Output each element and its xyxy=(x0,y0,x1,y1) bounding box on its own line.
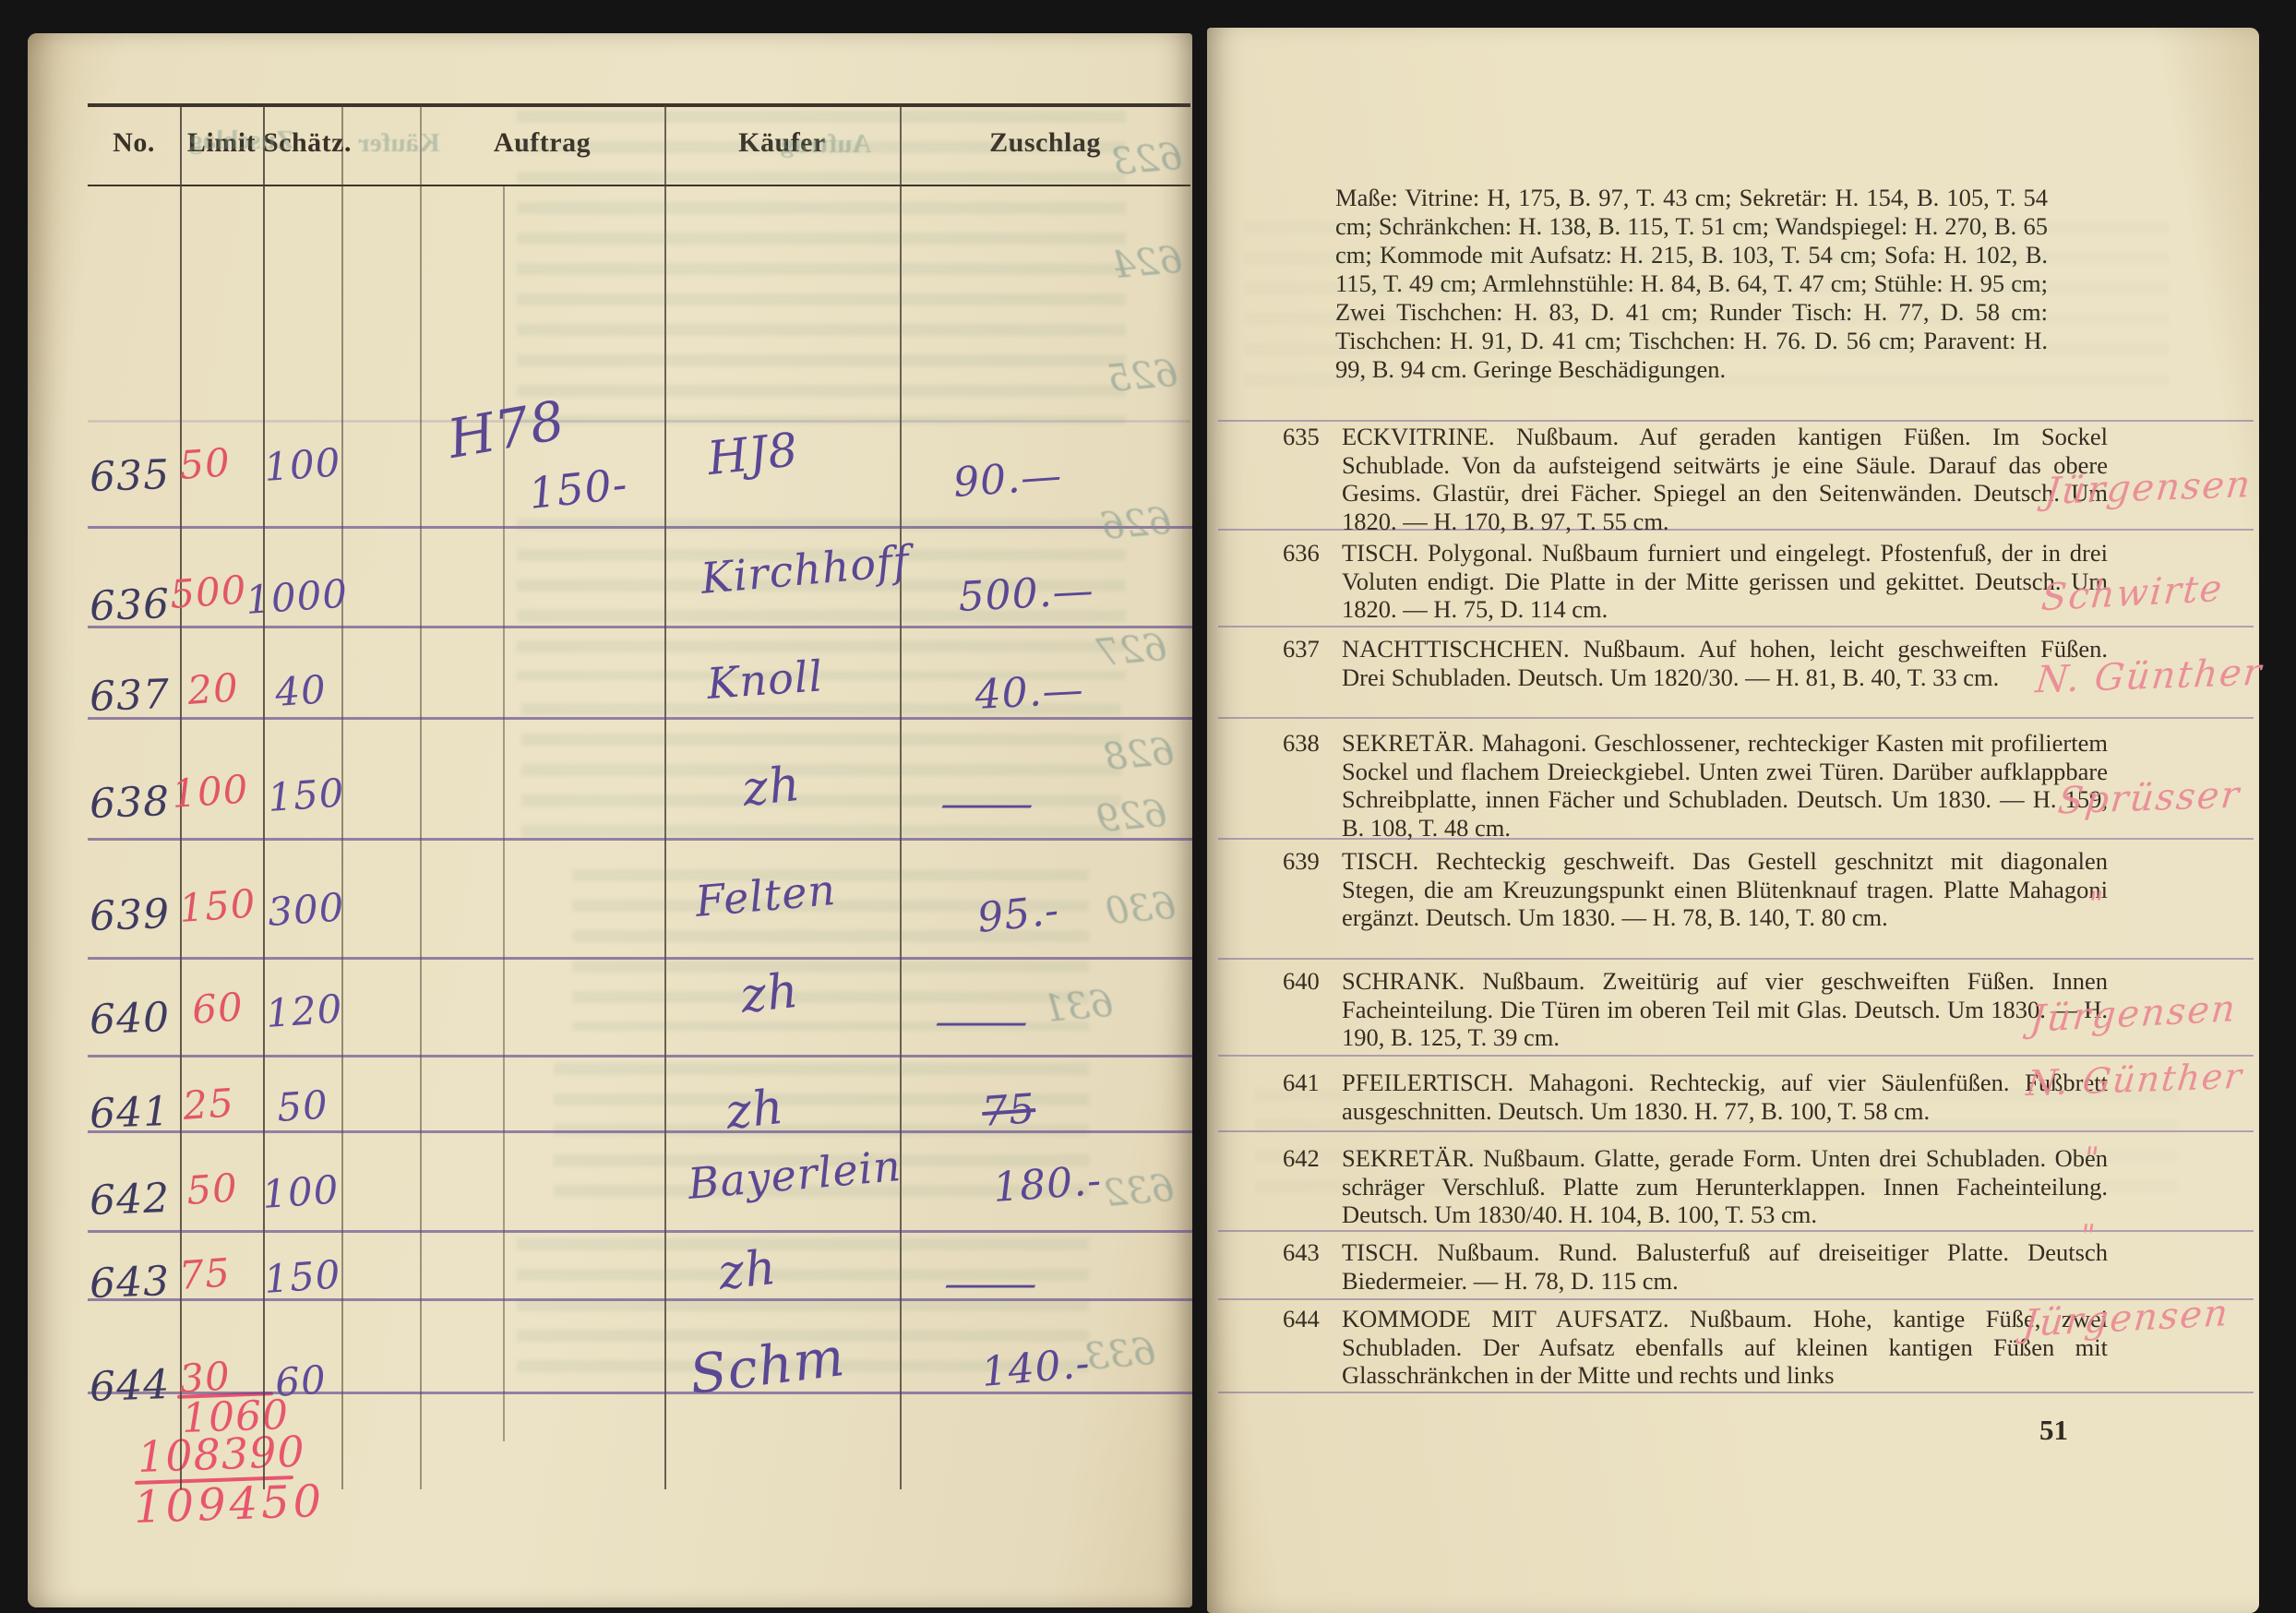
entry-description: SEKRETÄR. Mahagoni. Geschlossener, recht… xyxy=(1342,729,2108,842)
catalog-entry: 642SEKRETÄR. Nußbaum. Glatte, gerade For… xyxy=(1283,1144,2108,1229)
entry-description: NACHTTISCHCHEN. Nußbaum. Auf hohen, leic… xyxy=(1342,635,2108,691)
limit-value: 60 xyxy=(191,984,245,1033)
entry-lot-number: 637 xyxy=(1283,635,1334,663)
limit-value: 150 xyxy=(178,880,257,931)
bleedthrough-header: Zuschlag xyxy=(189,125,293,156)
row-rule-left xyxy=(88,838,1192,841)
bleedthrough-lot-number: 631 xyxy=(1041,983,1115,1031)
buyer-name: Knoll xyxy=(705,651,825,709)
hammer-price: 90.— xyxy=(951,452,1063,507)
row-rule-right xyxy=(1218,717,2254,719)
table-column-line xyxy=(420,105,422,1489)
bleedthrough-lot-number: 625 xyxy=(1106,352,1179,400)
hammer-price: — xyxy=(967,781,1009,828)
catalog-entry: 637NACHTTISCHCHEN. Nußbaum. Auf hohen, l… xyxy=(1283,635,2108,691)
entry-lot-number: 642 xyxy=(1283,1144,1334,1173)
lot-number: 635 xyxy=(89,451,171,501)
catalog-entry: 635ECKVITRINE. Nußbaum. Auf geraden kant… xyxy=(1283,423,2108,535)
totals-grand-total: 109450 xyxy=(133,1476,326,1534)
column-header-no: No. xyxy=(88,127,180,159)
bleedthrough-text-block xyxy=(517,111,1126,424)
estimate-value: 100 xyxy=(263,439,342,490)
hammer-price: 180.- xyxy=(991,1157,1103,1212)
row-rule-right xyxy=(1218,1055,2254,1057)
buyer-name: zh xyxy=(740,757,804,818)
buyer-name: HJ8 xyxy=(705,423,801,485)
entry-description: TISCH. Polygonal. Nußbaum furniert und e… xyxy=(1342,539,2108,623)
bleedthrough-lot-number: 623 xyxy=(1110,136,1184,184)
row-rule-left xyxy=(88,717,1192,720)
totals-line2: 108390 xyxy=(137,1427,305,1482)
bleedthrough-lot-number: 626 xyxy=(1099,500,1173,548)
entry-lot-number: 638 xyxy=(1283,729,1334,758)
estimate-value: 40 xyxy=(274,666,329,715)
bleedthrough-lot-number: 624 xyxy=(1110,239,1184,287)
hammer-price: 500.— xyxy=(957,567,1094,621)
limit-value: 25 xyxy=(182,1080,236,1129)
hammer-price: 140.- xyxy=(980,1340,1093,1396)
catalog-entry: 640SCHRANK. Nußbaum. Zweitürig auf vier … xyxy=(1283,967,2108,1052)
hammer-price: 40.— xyxy=(974,666,1084,719)
row-rule-left xyxy=(88,626,1192,628)
order-bid-amount: 150- xyxy=(526,459,629,519)
limit-value: 50 xyxy=(178,439,233,488)
estimate-value: 120 xyxy=(265,986,344,1036)
limit-value: 500 xyxy=(169,567,248,617)
entry-lot-number: 639 xyxy=(1283,847,1334,876)
catalog-entry: 641PFEILERTISCH. Mahagoni. Rechteckig, a… xyxy=(1283,1069,2108,1125)
entry-description: KOMMODE MIT AUFSATZ. Nußbaum. Hohe, kant… xyxy=(1342,1305,2108,1389)
lot-number: 643 xyxy=(89,1258,171,1308)
bleedthrough-header: Käufer xyxy=(358,128,440,159)
entry-description: TISCH. Nußbaum. Rund. Balusterfuß auf dr… xyxy=(1342,1238,2108,1295)
content-layer: Maße: Vitrine: H, 175, B. 97, T. 43 cm; … xyxy=(0,0,2296,1613)
catalog-entry: 644KOMMODE MIT AUFSATZ. Nußbaum. Hohe, k… xyxy=(1283,1305,2108,1390)
estimate-value: 150 xyxy=(263,1251,342,1302)
hammer-price: 95.- xyxy=(975,887,1062,942)
bleedthrough-lot-number: 627 xyxy=(1094,627,1168,675)
entry-description: SCHRANK. Nußbaum. Zweitürig auf vier ges… xyxy=(1342,967,2108,1051)
lot-number: 640 xyxy=(89,994,171,1044)
estimate-value: 300 xyxy=(267,884,346,935)
buyer-name: zh xyxy=(723,1080,787,1141)
estimate-value: 1000 xyxy=(245,570,350,623)
row-rule-faint xyxy=(88,420,1190,423)
margin-annotation: Schwirte xyxy=(2039,568,2225,620)
limit-value: 30 xyxy=(178,1353,233,1402)
row-rule-left xyxy=(88,957,1192,960)
hammer-price: — xyxy=(971,1261,1012,1308)
entry-lot-number: 640 xyxy=(1283,967,1334,996)
bleedthrough-lot-number: 628 xyxy=(1102,731,1176,779)
row-rule-right xyxy=(1218,1130,2254,1132)
lot-number: 636 xyxy=(89,580,171,630)
entry-lot-number: 641 xyxy=(1283,1069,1334,1097)
margin-annotation: N. Günther xyxy=(2025,1056,2245,1104)
entry-description: TISCH. Rechteckig geschweift. Das Gestel… xyxy=(1342,847,2108,931)
row-rule-right xyxy=(1218,626,2254,627)
row-rule-left xyxy=(88,1230,1192,1233)
row-rule-right xyxy=(1218,420,2254,422)
estimate-value: 150 xyxy=(267,770,346,820)
lot-number: 642 xyxy=(89,1175,171,1225)
entry-lot-number: 636 xyxy=(1283,539,1334,568)
lot-number: 644 xyxy=(89,1361,171,1411)
catalog-entry: 636TISCH. Polygonal. Nußbaum furniert un… xyxy=(1283,539,2108,624)
catalog-entry: 638SEKRETÄR. Mahagoni. Geschlossener, re… xyxy=(1283,729,2108,842)
row-rule-right xyxy=(1218,1392,2254,1393)
lot-number: 638 xyxy=(89,778,171,828)
entry-lot-number: 644 xyxy=(1283,1305,1334,1333)
estimate-value: 60 xyxy=(274,1356,329,1405)
limit-value: 75 xyxy=(178,1249,233,1298)
lot-number: 637 xyxy=(89,671,171,721)
bleedthrough-lot-number: 633 xyxy=(1083,1331,1157,1379)
entry-description: SEKRETÄR. Nußbaum. Glatte, gerade Form. … xyxy=(1342,1144,2108,1228)
limit-value: 50 xyxy=(185,1165,240,1213)
buyer-name: zh xyxy=(738,963,802,1024)
lot-number: 639 xyxy=(89,890,171,940)
catalog-entry: 643TISCH. Nußbaum. Rund. Balusterfuß auf… xyxy=(1283,1238,2108,1295)
catalog-entry: 639TISCH. Rechteckig geschweift. Das Ges… xyxy=(1283,847,2108,932)
bleedthrough-lot-number: 632 xyxy=(1102,1167,1176,1215)
limit-value: 20 xyxy=(186,664,241,713)
auction-catalog-scan: Maße: Vitrine: H, 175, B. 97, T. 43 cm; … xyxy=(0,0,2296,1613)
estimate-value: 50 xyxy=(276,1081,330,1130)
row-rule-left xyxy=(88,526,1192,529)
estimate-value: 100 xyxy=(261,1166,341,1217)
table-top-rule xyxy=(88,103,1190,107)
hammer-price: — xyxy=(962,998,1003,1045)
entry-lot-number: 643 xyxy=(1283,1238,1334,1267)
margin-annotation: Jürgensen xyxy=(2043,463,2254,513)
row-rule-left xyxy=(88,1055,1192,1057)
entry-lot-number: 635 xyxy=(1283,423,1334,451)
order-bid-code: H78 xyxy=(443,388,569,471)
bleedthrough-lot-number: 629 xyxy=(1094,793,1168,841)
buyer-name: zh xyxy=(716,1240,780,1301)
page-number: 51 xyxy=(2039,1414,2068,1447)
hammer-price: 75 xyxy=(980,1085,1036,1136)
lot-number: 641 xyxy=(89,1088,171,1138)
row-rule-right xyxy=(1218,958,2254,960)
bleedthrough-lot-number: 630 xyxy=(1104,885,1178,933)
entry-description: ECKVITRINE. Nußbaum. Auf geraden kantige… xyxy=(1342,423,2108,535)
entry-description: PFEILERTISCH. Mahagoni. Rechteckig, auf … xyxy=(1342,1069,2108,1125)
table-column-line xyxy=(503,186,505,1441)
row-rule-right xyxy=(1218,1230,2254,1232)
bleedthrough-text-block xyxy=(1246,221,2169,397)
limit-value: 100 xyxy=(171,766,250,817)
margin-annotation: Sprüsser xyxy=(2056,773,2242,822)
margin-annotation: N. Günther xyxy=(2034,651,2266,702)
